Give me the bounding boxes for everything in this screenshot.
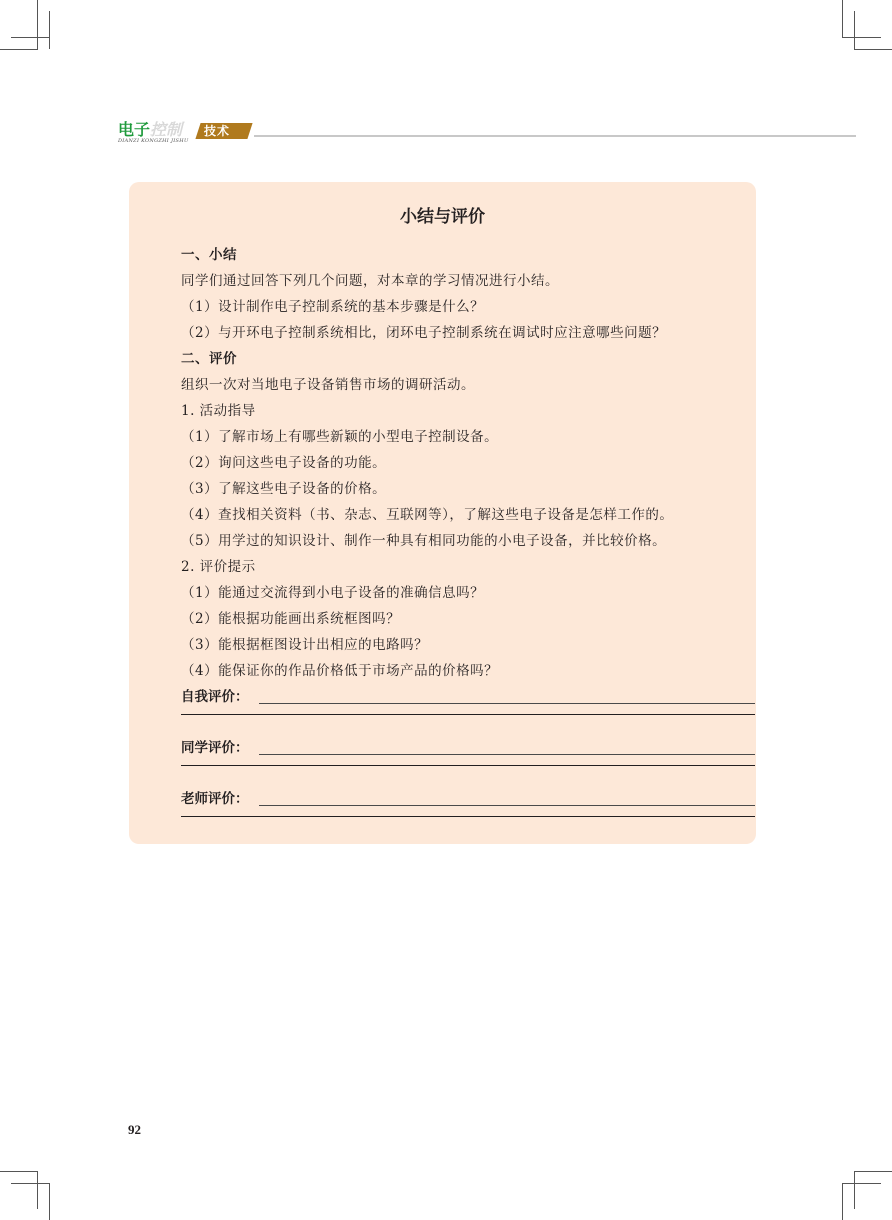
hints-heading: 2. 评价提示 [181,554,741,580]
section-heading-evaluation: 二、评价 [181,346,741,372]
self-evaluation-line-2[interactable] [181,710,741,735]
book-logo: 电子控制 [118,117,182,140]
activity-item: （1）了解市场上有哪些新颖的小型电子控制设备。 [181,424,741,450]
summary-evaluation-box: 小结与评价 一、小结 同学们通过回答下列几个问题，对本章的学习情况进行小结。 （… [129,182,756,844]
hint-item: （3）能根据框图设计出相应的电路吗？ [181,632,741,658]
page-number: 92 [128,1122,141,1138]
running-header: 电子控制 技术 DIANZI KONGZHI JISHU [118,117,856,147]
logo-text-control: 控制 [150,120,182,139]
self-evaluation-label: 自我评价： [181,684,249,710]
self-evaluation-field[interactable]: 自我评价： [181,684,741,710]
self-evaluation-line[interactable] [259,703,755,704]
peer-evaluation-line[interactable] [259,754,755,755]
summary-question: （1）设计制作电子控制系统的基本步骤是什么？ [181,294,741,320]
activity-heading: 1. 活动指导 [181,398,741,424]
teacher-evaluation-line-2[interactable] [181,812,741,837]
section-heading-summary: 一、小结 [181,242,741,268]
peer-evaluation-label: 同学评价： [181,735,249,761]
evaluation-intro: 组织一次对当地电子设备销售市场的调研活动。 [181,372,741,398]
box-title: 小结与评价 [129,202,756,227]
activity-item: （3）了解这些电子设备的价格。 [181,476,741,502]
logo-badge-text: 技术 [204,122,230,139]
activity-item: （4）查找相关资料（书、杂志、互联网等），了解这些电子设备是怎样工作的。 [181,502,741,528]
peer-evaluation-field[interactable]: 同学评价： [181,735,741,761]
hint-item: （4）能保证你的作品价格低于市场产品的价格吗？ [181,658,741,684]
summary-question: （2）与开环电子控制系统相比，闭环电子控制系统在调试时应注意哪些问题？ [181,320,741,346]
teacher-evaluation-field[interactable]: 老师评价： [181,786,741,812]
activity-item: （5）用学过的知识设计、制作一种具有相同功能的小电子设备，并比较价格。 [181,528,741,554]
logo-subtitle: DIANZI KONGZHI JISHU [118,138,188,144]
header-rule [254,135,856,137]
logo-text-electronic: 电子 [118,120,150,139]
summary-intro: 同学们通过回答下列几个问题，对本章的学习情况进行小结。 [181,268,741,294]
box-content: 一、小结 同学们通过回答下列几个问题，对本章的学习情况进行小结。 （1）设计制作… [181,242,741,837]
hint-item: （2）能根据功能画出系统框图吗？ [181,606,741,632]
peer-evaluation-line-2[interactable] [181,761,741,786]
teacher-evaluation-line[interactable] [259,805,755,806]
teacher-evaluation-label: 老师评价： [181,786,249,812]
hint-item: （1）能通过交流得到小电子设备的准确信息吗？ [181,580,741,606]
activity-item: （2）询问这些电子设备的功能。 [181,450,741,476]
